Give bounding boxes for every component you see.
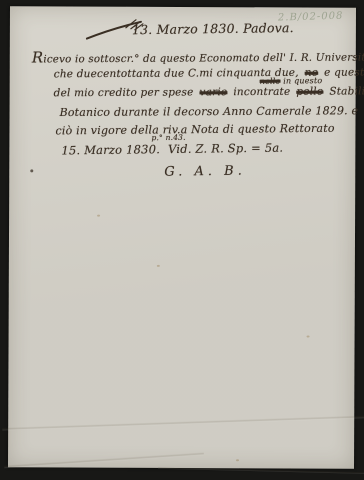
paper-sheet: 2.B/02-008 13. Marzo 1830. Padova. Ricev… [8, 6, 356, 469]
paper-speckle [97, 215, 100, 217]
line3-text-a: del mio credito per spese [54, 86, 194, 99]
scan-background: 2.B/02-008 13. Marzo 1830. Padova. Ricev… [0, 0, 364, 480]
paper-speckle [236, 459, 239, 461]
ink-dot [30, 169, 33, 172]
paper-crease [158, 467, 364, 474]
body-line-6: 15. Marzo 1830.Vid. Z. R. Sp. = 5a. [61, 140, 291, 157]
body-line-1: Ricevo io sottoscr.° da questo Economato… [32, 46, 364, 67]
paper-crease [2, 415, 364, 431]
dateline: 13. Marzo 1830. Padova. [132, 20, 294, 37]
insertion-text: in questo [283, 76, 322, 86]
paper-speckle [307, 336, 310, 338]
interlinear-insertion: nelle in questo [260, 76, 323, 86]
line3-text-b: incontrate [233, 86, 290, 98]
line3-text-c: Stabilimento [329, 85, 364, 97]
body-line-4: Botanico durante il decorso Anno Cameral… [60, 104, 359, 119]
superscript-note: p.° n.43. [151, 133, 185, 142]
line2-text-b: e queste a saldo [324, 66, 364, 79]
body-line-3: del mio credito per spesevarieincontrate… [54, 85, 364, 99]
strikethrough-word: pello [296, 86, 323, 98]
line6-date: 15. Marzo 1830. [61, 142, 160, 157]
strikethrough-word: varie [200, 86, 228, 98]
body-line-5: ciò in vigore della riv.a Nota di questo… [55, 122, 334, 138]
paper-crease [4, 452, 204, 468]
strikethrough-word: nelle [260, 77, 281, 86]
line6-value: Vid. Z. R. Sp. = 5a. [168, 141, 283, 157]
paper-speckle [157, 265, 160, 267]
signature-initials: G. A. B. [164, 164, 246, 180]
